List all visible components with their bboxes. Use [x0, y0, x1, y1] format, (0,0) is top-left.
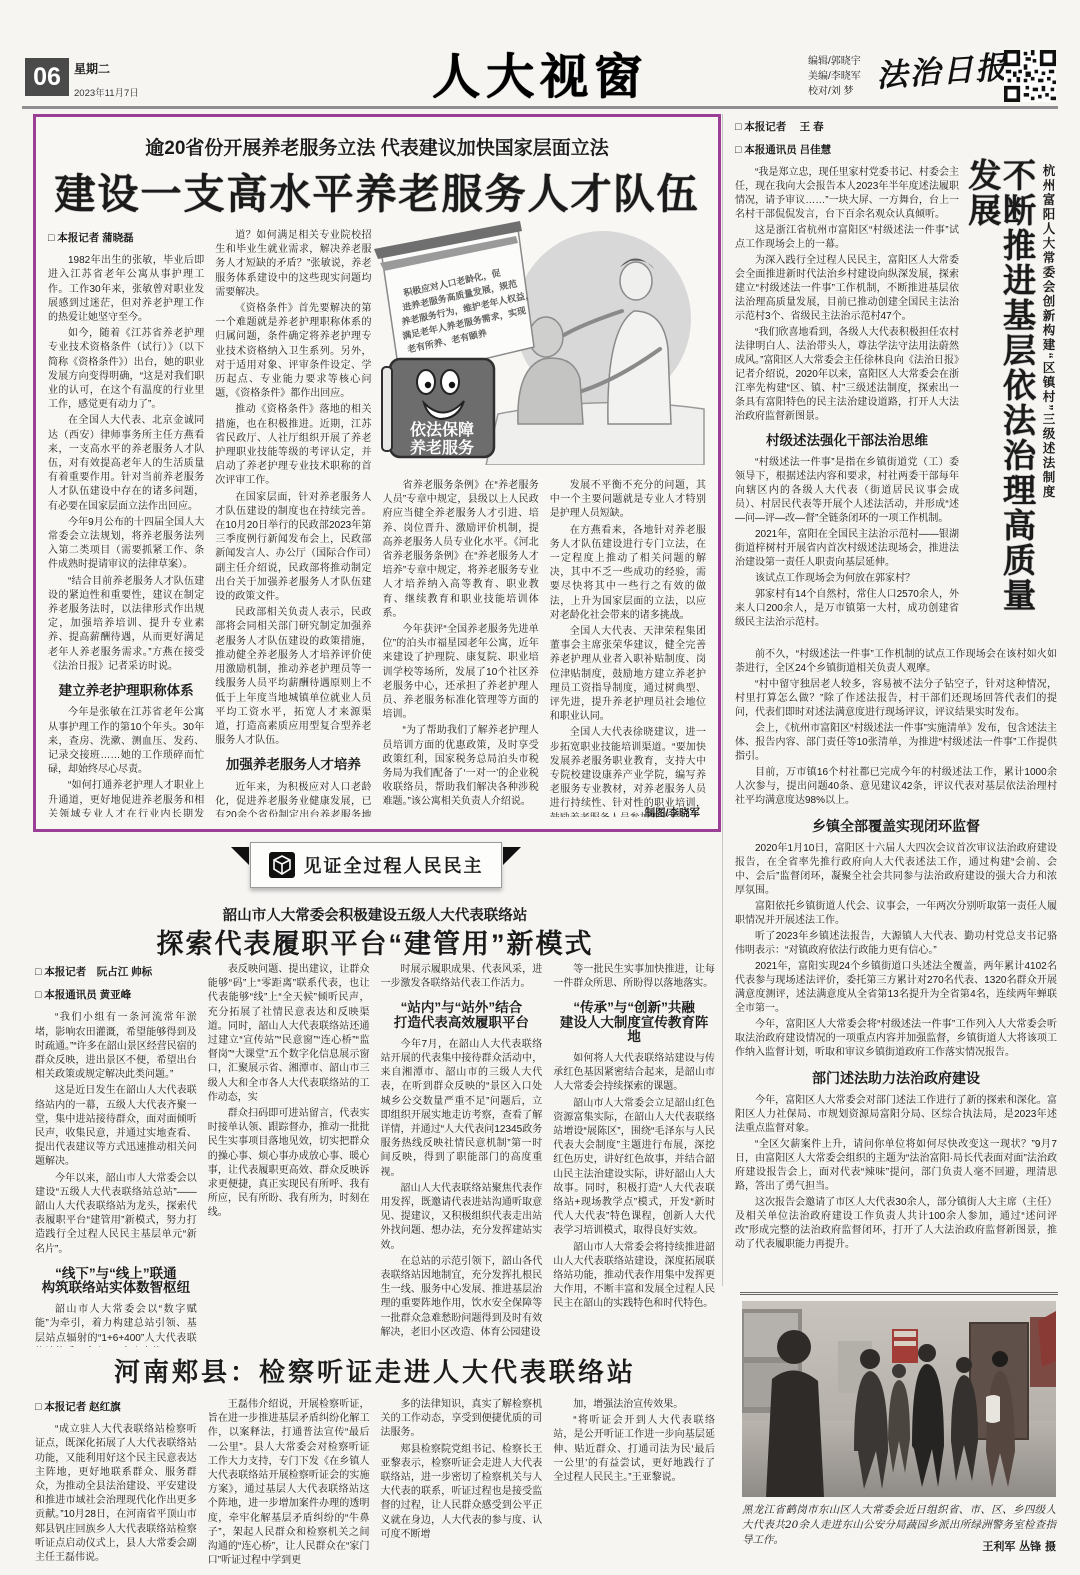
- main-article-column-1: □ 本报记者 蒲晓磊1982年出生的张敏，毕业后即进入江苏省老年公寓从事护理工作…: [48, 229, 204, 817]
- bottom-article-column-2: 王磊伟介绍说，开展检察听证，旨在进一步推进基层矛盾纠纷化解工作，以案释法，打通普…: [208, 1398, 370, 1568]
- body-paragraph: 2021年，富阳在全国民主法治示范村——银湖街道梓树村开展省内首次村级述法现场会…: [735, 528, 959, 570]
- body-paragraph: 如今，随着《江苏省养老护理专业技术资格条件（试行）》（以下简称《资格条件》）出台…: [48, 327, 204, 412]
- body-paragraph: 省养老服务条例》在“养老服务人员”专章中规定，县级以上人民政府应当健全养老服务人…: [383, 479, 539, 621]
- byline: □ 本报通讯员 吕佳慧: [735, 143, 959, 157]
- section-crosshead: “站内”与“站外”结合 打造代表高效履职平台: [381, 1001, 543, 1029]
- byline: □ 本报记者 赵红旗: [35, 1400, 197, 1414]
- cube-icon: [269, 852, 295, 878]
- democracy-series-badge: 见证全过程人民民主: [250, 842, 502, 888]
- newspaper-page: 06 星期二 2023年11月7日 人大视窗 编辑/郭晓宇 美编/李晓军 校对/…: [0, 0, 1080, 1575]
- bottom-article-column-1: □ 本报记者 赵红旗“成立驻人大代表联络站检察听证点，既深化拓展了人大代表联络站…: [35, 1398, 197, 1568]
- section-crosshead: 建立养老护理职称体系: [48, 684, 204, 698]
- body-paragraph: 这次报告会邀请了市区人大代表30余人，部分镇街人大主席（主任）及相关单位法治政府…: [735, 1196, 1057, 1252]
- right-article-body: 前不久，“村级述法一件事”工作机制的试点工作现场会在该村如火如荼进行，全区24个…: [735, 648, 1057, 1286]
- body-paragraph: “将听证会开到人大代表联络站，是公开听证工作进一步向基层延伸、贴近群众、打通司法…: [553, 1414, 715, 1485]
- main-article-headline: 建设一支高水平养老服务人才队伍: [36, 161, 718, 220]
- section-masthead: 人大视窗: [432, 38, 648, 107]
- section-crosshead: “传承”与“创新”共融 建设人大制度宣传教育阵地: [553, 1001, 715, 1044]
- body-paragraph: 《资格条件》首先要解决的第一个难题就是养老护理职称体系的归属问题，条件确定将养老…: [215, 302, 371, 401]
- body-paragraph: 韶山市人大常委会将持续推进韶山人大代表联络站建设，深度拓展联络站功能，推动代表作…: [553, 1241, 715, 1312]
- main-article-column-2: 道？如何满足相关专业院校招生和毕业生就业需求，解决养老服务人才短缺的矛盾？”张敏…: [215, 229, 371, 817]
- body-paragraph: 韶山市人大常委会立足韶山红色资源富集实际，在韶山人大代表联络站增设“展陈区”，围…: [553, 1097, 715, 1239]
- middle-article-column-1: □ 本报记者 阮占江 帅标□ 本报通讯员 黄亚峰“我们小组有一条河流常年淤堵，影…: [35, 963, 197, 1347]
- body-paragraph: 在全国人大代表、北京金诚同达（西安）律师事务所主任方燕看来，一支高水平的养老服务…: [48, 414, 204, 513]
- body-paragraph: 王磊伟介绍说，开展检察听证，旨在进一步推进基层矛盾纠纷化解工作，以案释法，打通普…: [208, 1398, 370, 1568]
- body-paragraph: 如何将人大代表联络站建设与传承红色基因紧密结合起来，是韶山市人大常委会持续探索的…: [553, 1052, 715, 1095]
- body-paragraph: 等一批民生实事加快推进，让每一件群众所思、所盼得以落地落实。: [553, 963, 715, 991]
- section-crosshead: “线下”与“线上”联通 构筑联络站实体数智枢纽: [35, 1267, 197, 1295]
- body-paragraph: 这是浙江省杭州市富阳区“村级述法一件事”试点工作现场会上的一幕。: [735, 224, 959, 252]
- body-paragraph: 道？如何满足相关专业院校招生和毕业生就业需求，解决养老服务人才短缺的矛盾？”张敏…: [215, 229, 371, 300]
- body-paragraph: “我们小组有一条河流常年淤堵，影响农田灌溉，希望能够得到及时疏通。”“许多在韶山…: [35, 1011, 197, 1082]
- section-crosshead: 加强养老服务人才培养: [215, 758, 371, 772]
- bottom-article-column-4: 加，增强法治宣传效果。“将听证会开到人大代表联络站，是公开听证工作进一步向基层延…: [553, 1398, 715, 1568]
- body-paragraph: 2020年1月10日，富阳区十六届人大四次会议首次审议法治政府建设报告，在全省率…: [735, 842, 1057, 898]
- byline: □ 本报通讯员 黄亚峰: [35, 988, 197, 1002]
- body-paragraph: “为了帮助我们了解养老护理人员培训方面的优惠政策，及时享受政策红利，国家税务总局…: [383, 724, 539, 809]
- proofreader-line: 校对/刘 梦: [808, 84, 861, 99]
- main-article-kicker: 逾20省份开展养老服务立法 代表建议加快国家层面立法: [36, 133, 718, 160]
- byline: □ 本报记者 阮占江 帅标: [35, 965, 197, 979]
- illustration-credit: 制图/李晓军: [645, 805, 700, 820]
- badge-label: 见证全过程人民民主: [304, 852, 484, 878]
- photo-rule: [740, 1292, 1058, 1295]
- body-paragraph: 听了2023年乡镇述法报告，大源镇人大代表、勤功村党总支书记骆伟明表示：“对镇政…: [735, 930, 1057, 958]
- body-paragraph: 时展示履职成果、代表风采，进一步激发各联络站代表工作活力。: [381, 963, 543, 991]
- body-paragraph: 群众扫码即可进站留言，代表实时接单认领、跟踪督办，推动一批批民生实事项目落地见效…: [208, 1107, 370, 1221]
- column-divider: [722, 114, 723, 1286]
- page-number: 06: [25, 58, 69, 96]
- middle-article-columns: □ 本报记者 阮占江 帅标□ 本报通讯员 黄亚峰“我们小组有一条河流常年淤堵，影…: [35, 963, 715, 1347]
- body-paragraph: 表反映问题、提出建议，让群众能够“码”上“零距离”联系代表，也让代表能够“线”上…: [208, 963, 370, 1105]
- weekday-label: 星期二: [74, 60, 110, 77]
- body-paragraph: 今年是张敏在江苏省老年公寓从事护理工作的第10个年头。30年来，查房、洗漱、测血…: [48, 706, 204, 777]
- body-paragraph: 发展不平衡不充分的问题，其中一个主要问题就是专业人才特别是护理人员短缺。: [550, 479, 706, 522]
- body-paragraph: 今年，富阳区人大常委会将“村级述法一件事”工作列入人大常委会听取法治政府建设情况…: [735, 1018, 1057, 1060]
- editor-line: 编辑/郭晓宇: [808, 54, 861, 69]
- body-paragraph: “村中留守独居老人较多，容易被不法分子钻空子，针对这种情况，村里打算怎么做？”除…: [735, 678, 1057, 720]
- newspaper-name: 法治日报: [875, 41, 1010, 95]
- body-paragraph: 2021年，富阳实现24个乡镇街道口头述法全覆盖，两年累计4102名代表参与现场…: [735, 960, 1057, 1016]
- body-paragraph: “结合目前养老服务人才队伍建设的紧迫性和重要性，建议在制定养老服务法时，以法律形…: [48, 575, 204, 674]
- bottom-article-headline: 河南郏县：检察听证走进人大代表联络站: [35, 1352, 715, 1389]
- right-article-title-block: 不断推进基层依法治理高质量发展 杭州富阳人大常委会创新构建“区镇村”三级述法制度: [965, 118, 1057, 640]
- body-paragraph: 前不久，“村级述法一件事”工作机制的试点工作现场会在该村如火如荼进行，全区24个…: [735, 648, 1057, 676]
- inspection-photo: [742, 1301, 1056, 1497]
- middle-article-column-2: 表反映问题、提出建议，让群众能够“码”上“零距离”联系代表，也让代表能够“线”上…: [208, 963, 370, 1347]
- qr-code-icon: [1004, 50, 1056, 102]
- body-paragraph: 在方燕看来，各地针对养老服务人才队伍建设进行专门立法，在一定程度上推动了相关问题…: [550, 524, 706, 623]
- body-paragraph: 今年7月，在韶山人大代表联络站开展的代表集中接待群众活动中，来自湘潭市、韶山市的…: [381, 1038, 543, 1180]
- body-paragraph: “村级述法一件事”是指在乡镇街道党（工）委领导下，根据述法内容和要求，村社两委干…: [735, 456, 959, 526]
- body-paragraph: “我们欣喜地看到，各级人大代表积极担任农村法律明白人、法治带头人，尊法学法守法用…: [735, 326, 959, 424]
- body-paragraph: 今年获评“全国养老服务先进单位”的泊头市福星园老年公寓，近年来建设了护理院、康复…: [383, 623, 539, 722]
- main-article-column-4: 发展不平衡不充分的问题，其中一个主要问题就是专业人才特别是护理人员短缺。在方燕看…: [550, 229, 706, 817]
- photo-credit: 王利军 丛锋 摄: [742, 1538, 1056, 1554]
- section-crosshead: 村级述法强化干部法治思维: [735, 434, 959, 448]
- art-editor-line: 美编/李晓军: [808, 69, 861, 84]
- byline: □ 本报记者 蒲晓磊: [48, 231, 204, 245]
- body-paragraph: 在总站的示范引领下，韶山各代表联络站因地制宜，充分发挥扎根民生一线、服务中心发展…: [381, 1255, 543, 1340]
- body-paragraph: 会上，《杭州市富阳区“村级述法一件事”实施清单》发布，包含述法主体、报告内容、部…: [735, 722, 1057, 764]
- body-paragraph: “如何打通养老护理人才职业上升通道，更好地促进养老服务和相关领域专业人才在行业内…: [48, 779, 204, 817]
- body-paragraph: 加，增强法治宣传效果。: [553, 1398, 715, 1412]
- body-paragraph: 在国家层面，针对养老服务人才队伍建设的制度也在持续完善。在10月20日举行的民政…: [215, 491, 371, 605]
- body-paragraph: 全国人大代表徐晓建议，进一步拓宽职业技能培训渠道。“要加快发展养老服务职业教育，…: [550, 726, 706, 817]
- bottom-article-columns: □ 本报记者 赵红旗“成立驻人大代表联络站检察听证点，既深化拓展了人大代表联络站…: [35, 1398, 715, 1568]
- main-article: 逾20省份开展养老服务立法 代表建议加快国家层面立法 建设一支高水平养老服务人才…: [33, 114, 721, 832]
- bottom-article-column-3: 多的法律知识，真实了解检察机关的工作动态，享受到便捷优质的司法服务。郏县检察院党…: [381, 1398, 543, 1568]
- body-paragraph: 今年9月公布的十四届全国人大常委会立法规划，将养老服务法列入第二类项目（需要抓紧…: [48, 516, 204, 573]
- body-paragraph: “成立驻人大代表联络站检察听证点，既深化拓展了人大代表联络站功能，又能利用好这个…: [35, 1423, 197, 1565]
- body-paragraph: “全区欠薪案件上升，请问你单位将如何尽快改变这一现状？”9月7日，由富阳区人大常…: [735, 1138, 1057, 1194]
- body-paragraph: 今年，富阳区人大常委会对部门述法工作进行了新的探索和深化。富阳区人力社保局、市规…: [735, 1094, 1057, 1136]
- byline: □ 本报记者 王 春: [735, 120, 959, 134]
- section-crosshead: 乡镇全部覆盖实现闭环监督: [735, 819, 1057, 833]
- date-label: 2023年11月7日: [74, 85, 139, 99]
- body-paragraph: “我是郑立忠，现任里家村党委书记、村委会主任，现在我向大会报告本人2023年半年…: [735, 166, 959, 222]
- body-paragraph: 多的法律知识，真实了解检察机关的工作动态，享受到便捷优质的司法服务。: [381, 1398, 543, 1441]
- body-paragraph: 民政部相关负责人表示，民政部将会同相关部门研究制定加强养老服务人才队伍建设的政策…: [215, 606, 371, 748]
- body-paragraph: 近年来，为积极应对人口老龄化，促进养老服务业健康发展，已有20余个省份制定出台养…: [215, 781, 371, 817]
- body-paragraph: 该试点工作现场会为何放在郭家村？: [735, 572, 959, 586]
- middle-article-column-3: 时展示履职成果、代表风采，进一步激发各联络站代表工作活力。“站内”与“站外”结合…: [381, 963, 543, 1347]
- body-paragraph: 富阳依托乡镇街道人代会、议事会，一年两次分别听取第一责任人履职情况并开展述法工作…: [735, 900, 1057, 928]
- right-article-lede: □ 本报记者 王 春□ 本报通讯员 吕佳慧“我是郑立忠，现任里家村党委书记、村委…: [735, 118, 959, 640]
- section-crosshead: 部门述法助力法治政府建设: [735, 1071, 1057, 1085]
- middle-article-column-4: 等一批民生实事加快推进，让每一件群众所思、所盼得以落地落实。“传承”与“创新”共…: [553, 963, 715, 1347]
- header-rule: [22, 106, 1058, 109]
- main-article-column-3: 省养老服务条例》在“养老服务人员”专章中规定，县级以上人民政府应当健全养老服务人…: [383, 229, 539, 817]
- body-paragraph: 郏县检察院党组书记、检察长王亚黎表示，检察听证会走进人大代表联络站，进一步密切了…: [381, 1443, 543, 1542]
- body-paragraph: 韶山人大代表联络站聚焦代表作用发挥，既邀请代表进站沟通听取意见、提建议，又积极组…: [381, 1182, 543, 1253]
- right-article-vertical-headline: 不断推进基层依法治理高质量发展: [965, 158, 1034, 640]
- editors-block: 编辑/郭晓宇 美编/李晓军 校对/刘 梦: [808, 54, 861, 99]
- body-paragraph: 郭家村有14个自然村，常住人口2570余人，外来人口200余人，是万市镇第一大村…: [735, 588, 959, 630]
- middle-article-headline: 探索代表履职平台“建管用”新模式: [35, 922, 715, 961]
- right-article-vertical-kicker: 杭州富阳人大常委会创新构建“区镇村”三级述法制度: [1039, 158, 1057, 640]
- body-paragraph: 1982年出生的张敏，毕业后即进入江苏省老年公寓从事护理工作。工作30年来，张敏…: [48, 254, 204, 325]
- main-article-columns: □ 本报记者 蒲晓磊1982年出生的张敏，毕业后即进入江苏省老年公寓从事护理工作…: [48, 229, 706, 817]
- body-paragraph: 全国人大代表、天津荣程集团董事会主席张荣华建议，健全完善养老护理从业者入职补贴制…: [550, 625, 706, 724]
- body-paragraph: 这是近日发生在韶山人大代表联络站内的一幕，五级人大代表齐聚一堂，集中进站接待群众…: [35, 1084, 197, 1169]
- body-paragraph: 为深入践行全过程人民民主，富阳区人大常委会全面推进新时代法治乡村建设向纵深发展，…: [735, 254, 959, 324]
- right-article-top: □ 本报记者 王 春□ 本报通讯员 吕佳慧“我是郑立忠，现任里家村党委书记、村委…: [735, 118, 1057, 640]
- body-paragraph: 韶山市人大常委会以“数字赋能”为牵引，着力构建总站引领、基层站点辐射的“1+6+…: [35, 1303, 197, 1347]
- body-paragraph: 推动《资格条件》落地的相关措施，也在积极推进。近期，江苏省民政厅、人社厅组织开展…: [215, 403, 371, 488]
- body-paragraph: 目前，万市镇16个村社都已完成今年的村级述法工作，累计1000余人次参与，提出问…: [735, 766, 1057, 808]
- body-paragraph: 今年以来，韶山市人大常委会以建设“五级人大代表联络站总站”——韶山人大代表联络站…: [35, 1172, 197, 1257]
